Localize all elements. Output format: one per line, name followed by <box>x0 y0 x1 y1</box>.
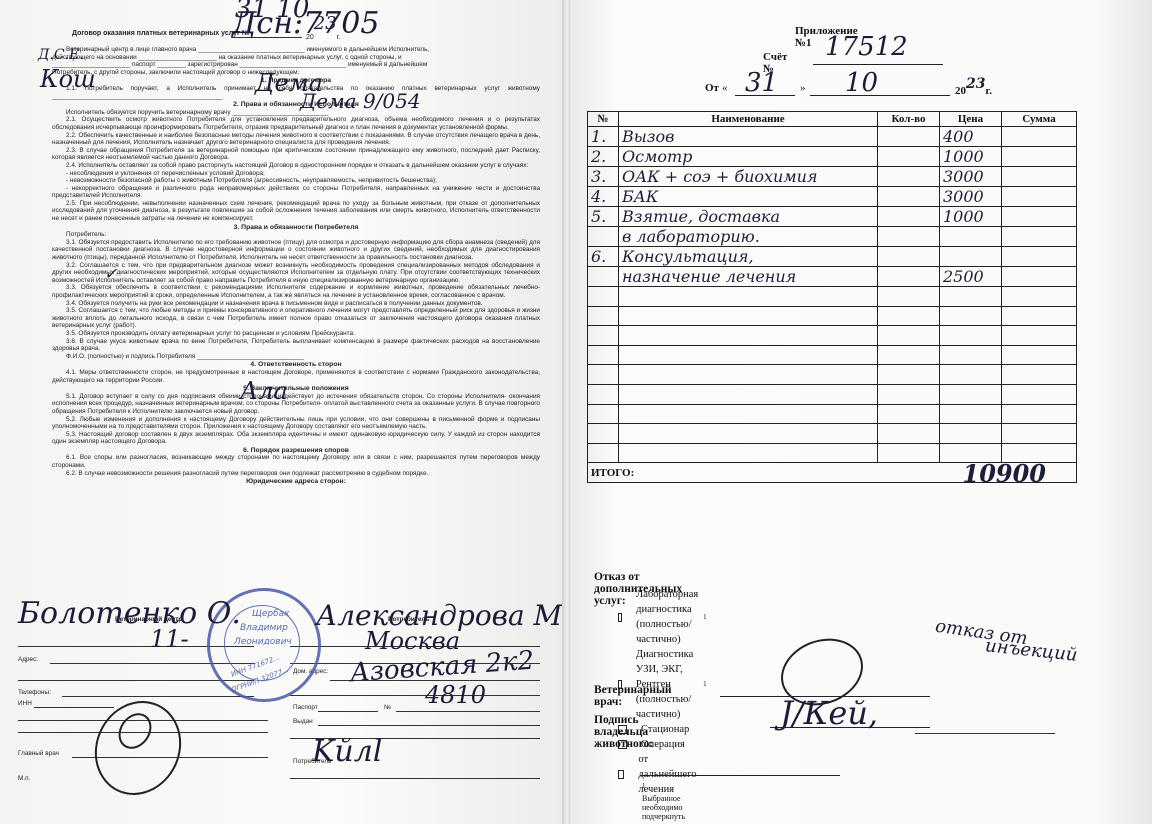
cell-no <box>588 326 619 346</box>
footnote-divider <box>640 775 840 776</box>
date-day-value: 31 <box>745 68 778 98</box>
cell-qty <box>878 207 940 227</box>
table-row <box>588 345 1077 365</box>
cell-name-value: БАК <box>622 187 658 206</box>
handwritten-passport-number: 4810 <box>425 692 486 700</box>
section-paragraph: 5.2. Любые изменения и дополнения к наст… <box>52 416 540 431</box>
handwritten-vet-center-name: Болотенко О. <box>18 610 241 618</box>
cell-qty <box>878 147 940 167</box>
cell-qty <box>878 306 940 326</box>
handwritten-consumer-name: Александрова М. <box>316 612 571 620</box>
passport-line <box>318 711 378 712</box>
column-header: Цена <box>940 112 1002 127</box>
section-paragraph: 2.1. Осуществить осмотр животного Потреб… <box>52 116 540 131</box>
cell-sum <box>1002 365 1077 385</box>
table-row: 2.Осмотр1000 <box>588 147 1077 167</box>
invoice-table-header: №НаименованиеКол-воЦенаСумма <box>588 112 1077 127</box>
cell-no-value: 6. <box>591 247 606 266</box>
section-heading: 3. Права и обязанности Потребителя <box>52 224 540 232</box>
cell-price: 1000 <box>940 147 1002 167</box>
invoice-total-cell: ИТОГО: 10900 <box>588 463 1077 483</box>
table-row <box>588 424 1077 444</box>
table-row: 3.ОАК + соэ + биохимия3000 <box>588 167 1077 187</box>
cell-qty <box>878 287 940 307</box>
cell-price-value: 2500 <box>943 267 984 286</box>
consumer-line-4 <box>290 695 540 696</box>
seal-label: М.п. <box>18 775 30 783</box>
cell-name-value: Консультация, <box>622 247 754 266</box>
cell-qty <box>878 227 940 247</box>
handwritten-city: Москва <box>365 638 460 646</box>
cell-price: 400 <box>940 127 1002 147</box>
cell-name <box>619 306 878 326</box>
cell-no-value: 2. <box>591 147 606 166</box>
handwritten-contract-number: Дсн:7705 <box>232 20 379 28</box>
cell-price <box>940 365 1002 385</box>
section-paragraph: 3.1. Обязуется предоставить Исполнителю … <box>52 239 540 262</box>
cell-no: 6. <box>588 247 619 267</box>
section-paragraph: 2.3. В случае обращения Потребителя за в… <box>52 147 540 162</box>
section-heading: 2. Права и обязанности Исполнителя <box>52 101 540 109</box>
vet-signature-label: Ветеринарный врач: <box>594 684 672 708</box>
cell-price: 3000 <box>940 167 1002 187</box>
section-paragraph: 5.3. Настоящий договор составлен в двух … <box>52 431 540 446</box>
section-paragraph: 3.2. Соглашается с тем, что при предвари… <box>52 262 540 285</box>
cell-no: 1. <box>588 127 619 147</box>
cell-name <box>619 404 878 424</box>
contract-sections: 1. Предмет договора1.1. Потребитель пору… <box>52 77 540 485</box>
table-row: 1.Вызов400 <box>588 127 1077 147</box>
cell-name-value: ОАК + соэ + биохимия <box>622 167 818 186</box>
contract-content: Договор оказания платных ветеринарных ус… <box>0 0 566 824</box>
cell-no <box>588 345 619 365</box>
cell-no <box>588 287 619 307</box>
footnote-marker: 1 <box>703 610 707 625</box>
chief-vet-label: Главный врач <box>18 750 59 758</box>
column-header: Сумма <box>1002 112 1077 127</box>
section-paragraph: 3.3. Обязуется обеспечить в соответствии… <box>52 284 540 299</box>
contract-page: Договор оказания платных ветеринарных ус… <box>0 0 566 824</box>
cell-price <box>940 326 1002 346</box>
column-header: № <box>588 112 619 127</box>
handwritten-address-number: 11- <box>150 636 189 644</box>
checkbox[interactable] <box>618 613 622 622</box>
cell-no <box>588 267 619 287</box>
intro-line: Ветеринарный центр в лице главного врача… <box>52 46 540 54</box>
contract-body: Ветеринарный центр в лице главного врача… <box>52 46 540 486</box>
cell-name: в лабораторию. <box>619 227 878 247</box>
table-row: 4.БАК3000 <box>588 187 1077 207</box>
cell-qty <box>878 404 940 424</box>
owner-signature-tail-line <box>915 733 1055 734</box>
cell-sum <box>1002 424 1077 444</box>
cell-qty <box>878 424 940 444</box>
consumer-fio-signature-icon: Ала <box>240 388 288 396</box>
table-row <box>588 365 1077 385</box>
table-row <box>588 404 1077 424</box>
cell-no-value: 3. <box>591 167 606 186</box>
cell-price: 1000 <box>940 207 1002 227</box>
cell-no <box>588 227 619 247</box>
cell-name <box>619 384 878 404</box>
cell-price-value: 3000 <box>943 167 984 186</box>
inn-line <box>34 707 114 708</box>
cell-sum <box>1002 187 1077 207</box>
cell-no-value: 4. <box>591 187 606 206</box>
handwritten-tick: ✓ <box>104 270 117 278</box>
handwritten-animal: Дема 9/054 <box>300 98 421 106</box>
section-paragraph: 3.5. Обязуется производить оплату ветери… <box>52 330 540 338</box>
cell-price <box>940 287 1002 307</box>
cell-qty <box>878 384 940 404</box>
handwritten-staff: Д.С.Е. <box>38 52 84 60</box>
handwritten-pet-name: Дема <box>255 80 323 88</box>
cell-name <box>619 326 878 346</box>
cell-name <box>619 424 878 444</box>
intro-line: ______________________ паспорт ________ … <box>52 61 540 69</box>
cell-price: 3000 <box>940 187 1002 207</box>
cell-price <box>940 404 1002 424</box>
cell-no <box>588 404 619 424</box>
table-row: назначение лечения2500 <box>588 267 1077 287</box>
cell-price-value: 1000 <box>943 207 984 226</box>
cell-no <box>588 384 619 404</box>
cell-no: 4. <box>588 187 619 207</box>
cell-price: 2500 <box>940 267 1002 287</box>
cell-sum <box>1002 227 1077 247</box>
cell-sum <box>1002 404 1077 424</box>
invoice-total-row: ИТОГО: 10900 <box>588 463 1077 483</box>
cell-name <box>619 443 878 463</box>
cell-no <box>588 443 619 463</box>
cell-name: БАК <box>619 187 878 207</box>
date-month-value: 10 <box>845 68 878 98</box>
cell-no: 5. <box>588 207 619 227</box>
section-paragraph: 2.5. При несоблюдении, невыполнении назн… <box>52 200 540 223</box>
cell-sum <box>1002 306 1077 326</box>
invoice-table-body: 1.Вызов4002.Осмотр10003.ОАК + соэ + биох… <box>588 127 1077 463</box>
section-paragraph: - невозможности безопасной работы с живо… <box>52 177 540 185</box>
cell-qty <box>878 127 940 147</box>
cell-name <box>619 365 878 385</box>
cell-qty <box>878 187 940 207</box>
stamp-name-2: Владимир <box>240 625 288 633</box>
table-row: в лабораторию. <box>588 227 1077 247</box>
section-paragraph: 6.2. В случае невозможности решения разн… <box>52 470 540 478</box>
addresses-heading: Юридические адреса сторон: <box>52 478 540 486</box>
cell-sum <box>1002 384 1077 404</box>
issued-line <box>318 725 540 726</box>
section-paragraph: Потребитель: <box>52 231 540 239</box>
footnote-marker: 1 <box>703 677 707 692</box>
consumer-signature-icon: Kйлl <box>312 748 382 756</box>
column-header: Кол-во <box>878 112 940 127</box>
cell-no: 2. <box>588 147 619 167</box>
handwritten-species: Кош <box>40 76 96 84</box>
invoice-number-line <box>813 64 943 65</box>
invoice-total-label: ИТОГО: <box>591 467 634 479</box>
cell-price <box>940 345 1002 365</box>
stamp-name-1: Щербак <box>252 611 290 619</box>
section-paragraph: 3.6. В случае укуса животным врача по ви… <box>52 338 540 353</box>
quote-close: » <box>800 82 806 94</box>
cell-qty <box>878 326 940 346</box>
cell-no: 3. <box>588 167 619 187</box>
cell-name-value: Взятие, доставка <box>622 207 780 226</box>
cell-name: назначение лечения <box>619 267 878 287</box>
owner-signature-label: Подпись владельца животного: <box>594 714 653 750</box>
section-paragraph: 6.1. Все споры или разногласия, возникаю… <box>52 454 540 469</box>
table-row <box>588 326 1077 346</box>
invoice-total-value: 10900 <box>963 459 1047 488</box>
section-heading: 6. Порядок разрешения споров <box>52 447 540 455</box>
cell-no <box>588 365 619 385</box>
phones-line <box>62 696 254 697</box>
cell-qty <box>878 267 940 287</box>
table-row: 6.Консультация, <box>588 247 1077 267</box>
handwritten-street: Азовская 2к2 <box>350 658 534 678</box>
quote-open: « <box>722 82 728 94</box>
section-paragraph: - некорректного обращения и различного р… <box>52 185 540 200</box>
cell-name <box>619 287 878 307</box>
cell-name <box>619 345 878 365</box>
cell-qty <box>878 443 940 463</box>
section-paragraph: 2.4. Исполнитель оставляет за собой прав… <box>52 162 540 170</box>
cell-no <box>588 424 619 444</box>
cell-price <box>940 384 1002 404</box>
section-heading: 4. Ответственность сторон <box>52 361 540 369</box>
date-year: 2023г. <box>955 82 992 98</box>
cell-price <box>940 227 1002 247</box>
checkbox[interactable] <box>618 770 624 779</box>
inn-label: ИНН <box>18 700 32 708</box>
cell-qty <box>878 167 940 187</box>
section-paragraph: 4.1. Меры ответственности сторон, не пре… <box>52 369 540 384</box>
cell-name: Взятие, доставка <box>619 207 878 227</box>
cell-price-value: 400 <box>943 127 974 146</box>
cell-name: Вызов <box>619 127 878 147</box>
section-heading: 5. Заключительные положения <box>52 385 540 393</box>
cell-no <box>588 306 619 326</box>
table-row <box>588 384 1077 404</box>
stamp-name-3: Леонидович <box>234 639 292 647</box>
cell-no-value: 5. <box>591 207 606 226</box>
cell-price-value: 1000 <box>943 147 984 166</box>
table-row <box>588 287 1077 307</box>
cell-name-value: в лабораторию. <box>622 227 760 246</box>
cell-sum <box>1002 287 1077 307</box>
contract-title: Договор оказания платных ветеринарных ус… <box>72 30 250 38</box>
cell-sum <box>1002 247 1077 267</box>
cell-sum <box>1002 345 1077 365</box>
cell-qty <box>878 365 940 385</box>
cell-price-value: 3000 <box>943 187 984 206</box>
date-month-line <box>810 95 950 96</box>
phones-label: Телефоны: <box>18 689 51 697</box>
consumer-signature-line <box>290 778 540 779</box>
invoice-number-value: 17512 <box>825 32 908 62</box>
cell-name: ОАК + соэ + биохимия <box>619 167 878 187</box>
cell-price <box>940 247 1002 267</box>
footnote: 1 Выбранное необходимо подчеркнуть <box>642 782 685 821</box>
cell-name: Консультация, <box>619 247 878 267</box>
chief-vet-signature-icon <box>80 687 197 810</box>
section-paragraph: 3.5. Соглашается с тем, что любые методы… <box>52 307 540 330</box>
column-header: Наименование <box>619 112 878 127</box>
table-row <box>588 306 1077 326</box>
section-paragraph: 2.2. Обеспечить качественные и наиболее … <box>52 132 540 147</box>
table-row: 5.Взятие, доставка1000 <box>588 207 1077 227</box>
cell-sum <box>1002 147 1077 167</box>
owner-signature-icon: J/Кей, <box>780 694 878 732</box>
cell-name-value: назначение лечения <box>622 267 796 286</box>
cell-price <box>940 306 1002 326</box>
cell-name: Осмотр <box>619 147 878 167</box>
issued-label: Выдан <box>293 718 313 726</box>
cell-sum <box>1002 127 1077 147</box>
declined-option-label: Лабораторная диагностика (полностью/част… <box>636 587 703 647</box>
declined-option[interactable]: Лабораторная диагностика (полностью/част… <box>618 587 707 647</box>
cell-qty <box>878 247 940 267</box>
section-paragraph: - несоблюдения и уклонения от перечислен… <box>52 170 540 178</box>
cell-sum <box>1002 167 1077 187</box>
cell-qty <box>878 345 940 365</box>
cell-sum <box>1002 326 1077 346</box>
invoice-table: №НаименованиеКол-воЦенаСумма 1.Вызов4002… <box>587 111 1077 483</box>
passport-label: Паспорт <box>293 704 318 712</box>
section-paragraph: Ф.И.О. (полностью) и подпись Потребителя… <box>52 353 540 361</box>
cell-sum <box>1002 267 1077 287</box>
cell-price <box>940 424 1002 444</box>
passport-number-line <box>396 711 540 712</box>
address-label: Адрес: <box>18 656 38 664</box>
cell-no-value: 1. <box>591 127 606 146</box>
cell-name-value: Вызов <box>622 127 674 146</box>
section-paragraph: 5.1. Договор вступает в силу со дня подп… <box>52 393 540 416</box>
cell-name-value: Осмотр <box>622 147 692 166</box>
cell-sum <box>1002 207 1077 227</box>
date-from-label: От <box>705 82 719 94</box>
passport-number-label: № <box>384 704 391 712</box>
